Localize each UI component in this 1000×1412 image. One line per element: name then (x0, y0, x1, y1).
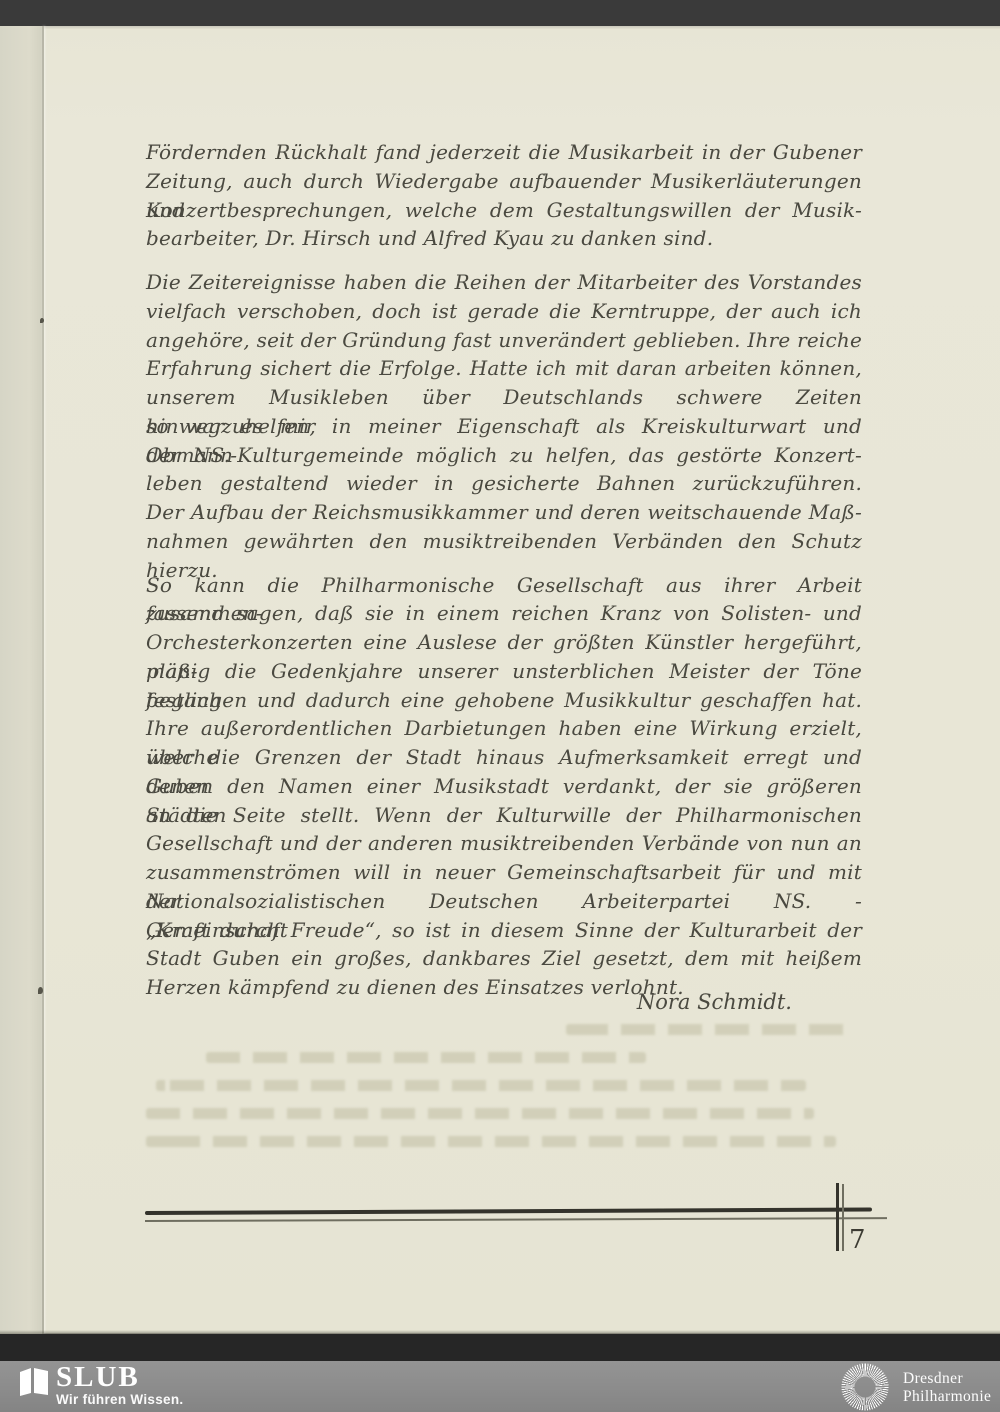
text-line: Fördernden Rückhalt fand jederzeit die M… (146, 138, 862, 167)
text-line: der NS.-Kulturgemeinde möglich zu helfen… (146, 441, 862, 470)
text-line: Der Aufbau der Reichsmusikkammer und der… (146, 498, 862, 527)
dresdner-philharmonie-wordmark: Dresdner Philharmonie (903, 1370, 991, 1406)
text-line: So kann die Philharmonische Gesellschaft… (146, 571, 862, 600)
dresdner-philharmonie-logo: Dresdner Philharmonie (820, 1361, 1000, 1412)
text-line: zusammenströmen will in neuer Gemeinscha… (146, 858, 862, 887)
scanner-background-strip (0, 1334, 1000, 1361)
footer-rule-thin (145, 1217, 887, 1221)
paper-speck (38, 987, 43, 994)
dp-line1: Dresdner (903, 1370, 991, 1388)
text-line: vielfach verschoben, doch ist gerade die… (146, 297, 862, 326)
text-line: Konzertbesprechungen, welche dem Gestalt… (146, 196, 862, 225)
dp-line2: Philharmonie (903, 1388, 991, 1406)
registration-mark-thin (842, 1184, 844, 1251)
open-book-icon (18, 1365, 50, 1397)
text-line: Orchesterkonzerten eine Auslese der größ… (146, 628, 862, 657)
text-line: angehöre, seit der Gründung fast unverän… (146, 326, 862, 355)
bleedthrough-text-ghost (146, 1024, 862, 1164)
branding-footer: SLUB Wir führen Wissen. Dresdner Philhar… (0, 1361, 1000, 1412)
book-page: Fördernden Rückhalt fand jederzeit die M… (0, 26, 1000, 1334)
text-line: nahmen gewährten den musiktreibenden Ver… (146, 527, 862, 556)
sunburst-ring-icon (840, 1362, 890, 1412)
paragraph: Die Zeitereignisse haben die Reihen der … (146, 268, 862, 556)
ghost-line (566, 1024, 856, 1035)
paper-speck (40, 318, 44, 323)
text-line: Guben den Namen einer Musikstadt verdank… (146, 772, 862, 801)
slub-tagline: Wir führen Wissen. (56, 1392, 183, 1407)
ghost-line (206, 1052, 646, 1063)
paragraph: Fördernden Rückhalt fand jederzeit die M… (146, 138, 862, 253)
paragraph: So kann die Philharmonische Gesellschaft… (146, 571, 862, 1002)
text-line: an die Seite stellt. Wenn der Kulturwill… (146, 801, 862, 830)
text-line: Nationalsozialistischen Deutschen Arbeit… (146, 887, 862, 916)
scanned-page-view: Fördernden Rückhalt fand jederzeit die M… (0, 0, 1000, 1412)
registration-mark-thick (836, 1183, 839, 1251)
text-line: begangen und dadurch eine gehobene Musik… (146, 686, 862, 715)
ghost-line (156, 1080, 806, 1091)
text-line: über die Grenzen der Stadt hinaus Aufmer… (146, 743, 862, 772)
footer-rule-thick (145, 1207, 872, 1215)
text-line: Gesellschaft und der anderen musiktreibe… (146, 829, 862, 858)
page-fold-crease (42, 26, 44, 1334)
text-block: Fördernden Rückhalt fand jederzeit die M… (146, 138, 862, 1017)
text-line: so war es mir in meiner Eigenschaft als … (146, 412, 862, 441)
page-number: 7 (849, 1225, 879, 1255)
text-line: Ihre außerordentlichen Darbietungen habe… (146, 714, 862, 743)
text-line: leben gestaltend wieder in gesicherte Ba… (146, 469, 862, 498)
text-line: Die Zeitereignisse haben die Reihen der … (146, 268, 862, 297)
ghost-line (146, 1108, 814, 1119)
text-line: „Kraft durch Freude“, so ist in diesem S… (146, 916, 862, 945)
text-line: unserem Musikleben über Deutschlands sch… (146, 383, 862, 412)
text-line: bearbeiter, Dr. Hirsch und Alfred Kyau z… (146, 224, 862, 253)
page-top-edge (0, 26, 1000, 29)
binding-edge-strip (0, 26, 42, 1334)
slub-wordmark: SLUB (56, 1361, 140, 1394)
text-line: Zeitung, auch durch Wiedergabe aufbauend… (146, 167, 862, 196)
text-line: mäßig die Gedenkjahre unserer unsterblic… (146, 657, 862, 686)
ghost-line (146, 1136, 836, 1147)
signature: Nora Schmidt. (146, 990, 862, 1014)
text-line: fassend sagen, daß sie in einem reichen … (146, 599, 862, 628)
text-line: Stadt Guben ein großes, dankbares Ziel g… (146, 944, 862, 973)
text-line: Erfahrung sichert die Erfolge. Hatte ich… (146, 354, 862, 383)
